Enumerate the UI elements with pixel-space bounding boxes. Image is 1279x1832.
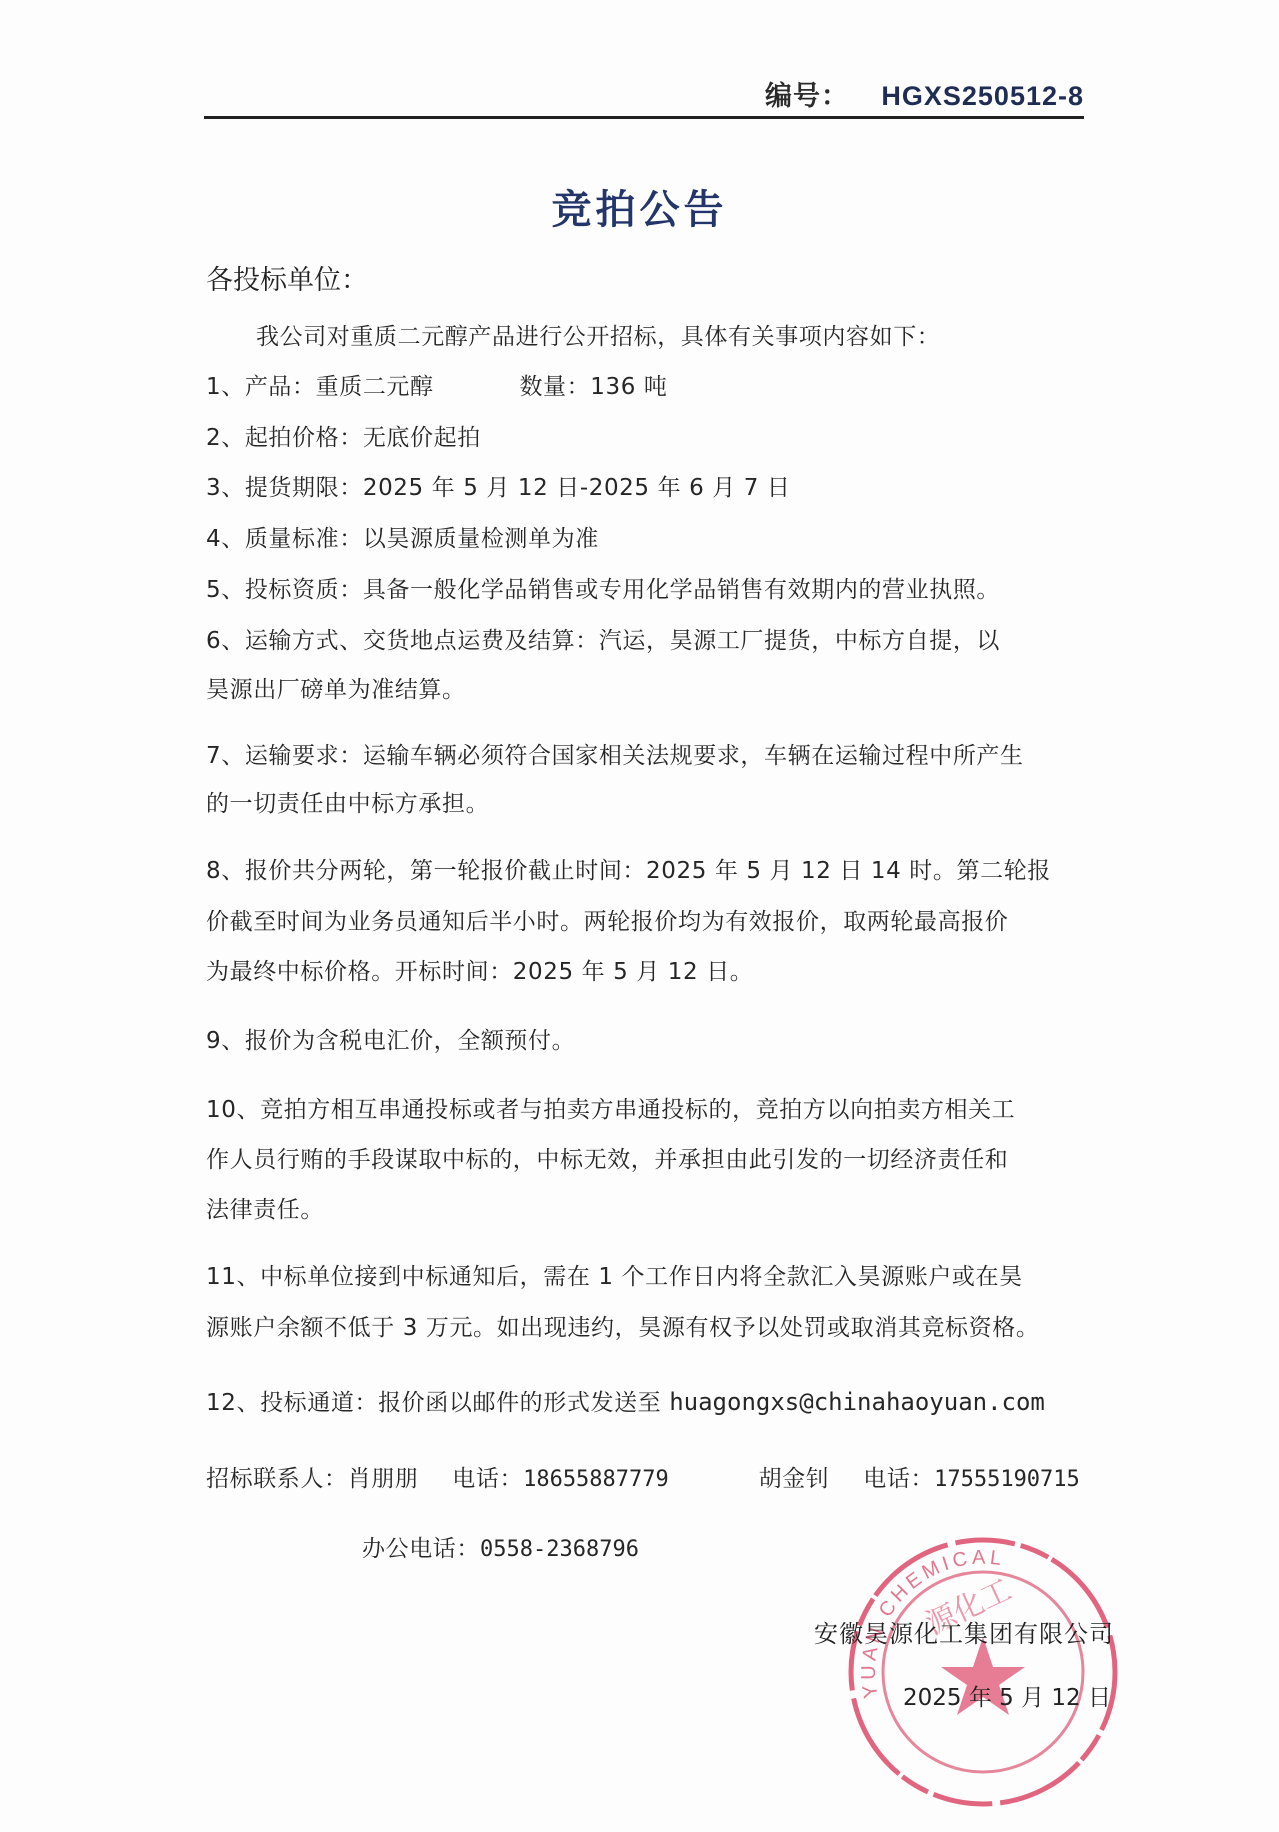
company-seal-icon: YUAN CHEMICAL 源化工: [838, 1527, 1128, 1817]
item-12: 12、投标通道：报价函以邮件的形式发送至 huagongxs@chinahaoy…: [206, 1384, 1045, 1417]
item-1-product: 1、产品：重质二元醇: [206, 374, 434, 400]
header-divider: [204, 116, 1084, 119]
item-8-line-3: 为最终中标价格。开标时间：2025 年 5 月 12 日。: [206, 953, 753, 986]
item-8-line-1: 8、报价共分两轮，第一轮报价截止时间：2025 年 5 月 12 日 14 时。…: [206, 852, 1051, 885]
item-1: 1、产品：重质二元醇 数量：136 吨: [206, 368, 668, 401]
item-6-line-2: 昊源出厂磅单为准结算。: [206, 671, 466, 704]
contact-1-phone-label: 电话：: [452, 1466, 523, 1492]
item-5: 5、投标资质：具备一般化学品销售或专用化学品销售有效期内的营业执照。: [206, 571, 1000, 604]
contact-row: 招标联系人：肖朋朋 电话：18655887779 胡金钊 电话：17555190…: [206, 1460, 1080, 1493]
contact-1-name: 肖朋朋: [348, 1466, 419, 1492]
item-6-line-1: 6、运输方式、交货地点运费及结算：汽运，昊源工厂提货，中标方自提，以: [206, 622, 1000, 655]
item-1-quantity: 数量：136 吨: [519, 374, 667, 400]
office-phone-row: 办公电话：0558-2368796: [362, 1530, 639, 1563]
item-8-line-2: 价截至时间为业务员通知后半小时。两轮报价均为有效报价，取两轮最高报价: [206, 903, 1008, 936]
contact-2-name: 胡金钊: [759, 1466, 830, 1492]
item-10-line-2: 作人员行贿的手段谋取中标的，中标无效，并承担由此引发的一切经济责任和: [206, 1141, 1008, 1174]
item-10-line-3: 法律责任。: [206, 1191, 324, 1224]
submission-email-link[interactable]: huagongxs@chinahaoyuan.com: [669, 1388, 1045, 1416]
contact-2-phone-label: 电话：: [863, 1466, 934, 1492]
item-10-line-1: 10、竞拍方相互串通投标或者与拍卖方串通投标的，竞拍方以向拍卖方相关工: [206, 1091, 1015, 1124]
item-4: 4、质量标准：以昊源质量检测单为准: [206, 520, 599, 553]
intro-paragraph: 我公司对重质二元醇产品进行公开招标，具体有关事项内容如下：: [256, 318, 940, 351]
contact-1-phone: 18655887779: [523, 1467, 669, 1492]
item-7-line-1: 7、运输要求：运输车辆必须符合国家相关法规要求，车辆在运输过程中所产生: [206, 737, 1024, 770]
office-phone: 0558-2368796: [480, 1537, 639, 1562]
contact-label: 招标联系人：: [206, 1466, 348, 1492]
item-11-line-1: 11、中标单位接到中标通知后，需在 1 个工作日内将全款汇入昊源账户或在昊: [206, 1258, 1023, 1291]
contact-2-phone: 17555190715: [934, 1467, 1080, 1492]
document-number: 编号： HGXS250512-8: [765, 74, 1084, 113]
document-number-value: HGXS250512-8: [881, 81, 1084, 111]
item-2: 2、起拍价格：无底价起拍: [206, 419, 481, 452]
signature-date: 2025 年 5 月 12 日: [903, 1679, 1111, 1712]
item-7-line-2: 的一切责任由中标方承担。: [206, 785, 489, 818]
announcement-page: 编号： HGXS250512-8 竞拍公告 各投标单位： 我公司对重质二元醇产品…: [0, 0, 1279, 1832]
office-phone-label: 办公电话：: [362, 1536, 480, 1562]
item-3: 3、提货期限：2025 年 5 月 12 日-2025 年 6 月 7 日: [206, 469, 790, 502]
document-number-label: 编号：: [765, 81, 849, 112]
salutation: 各投标单位：: [206, 258, 368, 297]
company-name: 安徽昊源化工集团有限公司: [814, 1614, 1114, 1649]
item-11-line-2: 源账户余额不低于 3 万元。如出现违约，昊源有权予以处罚或取消其竞标资格。: [206, 1309, 1039, 1342]
item-12-prefix: 12、投标通道：报价函以邮件的形式发送至: [206, 1390, 661, 1416]
page-title: 竞拍公告: [0, 178, 1279, 235]
item-9: 9、报价为含税电汇价，全额预付。: [206, 1022, 575, 1055]
